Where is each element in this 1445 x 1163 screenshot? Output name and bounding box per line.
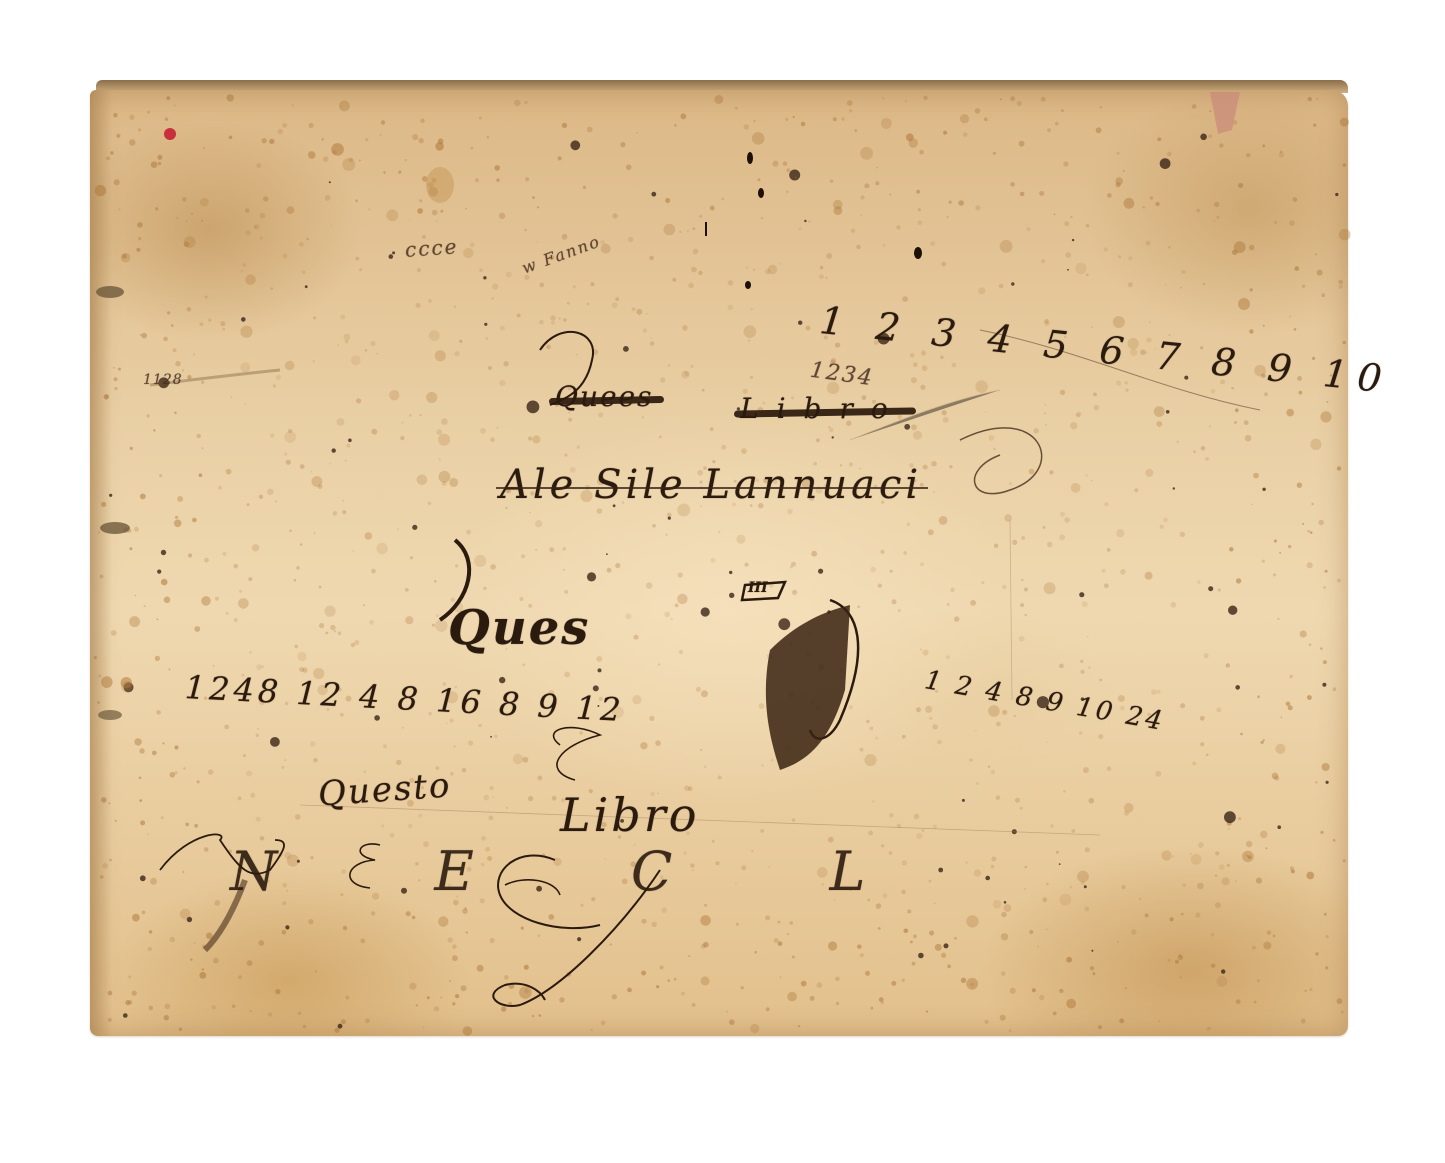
struck-name-line: Ale Sile Lannuaci (500, 462, 922, 508)
initials-bottom: N E C L (230, 840, 935, 903)
photo-stage: ccce w Fanno 1 2 3 4 5 6 7 8 9 10 Quees … (0, 0, 1445, 1163)
word-libro: Libro (560, 788, 699, 842)
scribble-top-left: ccce (404, 234, 459, 262)
struck-word-right: Libro (740, 392, 906, 425)
roman-numeral-mark: III (748, 580, 768, 596)
cover-spine-shadow (90, 90, 112, 1036)
struck-word-left: Quees (555, 380, 654, 413)
margin-numerals: 1128 (143, 372, 183, 388)
large-word-ques: Ques (448, 600, 590, 656)
